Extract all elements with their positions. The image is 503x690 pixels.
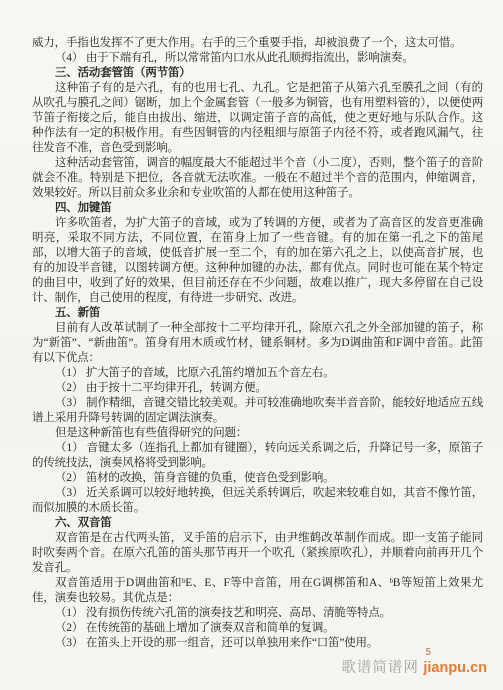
footer-watermark: 5 歌谱简谱网 jianpu.cn <box>341 656 487 680</box>
double-tone-advantage-2: （2） 在传统笛的基础上增加了演奏双音和简单的复调。 <box>32 621 483 636</box>
paragraph-keyed-flute-desc: 许多吹笛者，为扩大笛子的音域，或为了转调的方便，或者为了高音区的发音更准确明亮，… <box>32 216 483 306</box>
page-number: 5 <box>425 647 431 658</box>
problem-item-2: （2） 笛材的改换，笛身音键的负重，使音色受到影响。 <box>32 471 483 486</box>
watermark-site-name: 歌谱简谱网 <box>341 660 419 676</box>
text-column: 威力，手指也发挥不了更大作用。右手的三个重要手指，却被浪费了一个，这太可惜。 （… <box>32 36 483 651</box>
double-tone-advantage-1: （1） 没有损伤传统六孔笛的演奏技艺和明亮、高昂、清脆等特点。 <box>32 606 483 621</box>
paragraph-tuning-range: 这种活动套管笛，调音的幅度最大不能超过半个音（小二度），否则，整个笛子的音阶就会… <box>32 156 483 201</box>
watermark-domain: jianpu.cn <box>423 660 487 676</box>
paragraph-sleeve-flute-desc: 这种笛子有的是六孔，有的也用七孔、九孔。它是把笛子从第六孔至膜孔之间（有的从吹孔… <box>32 81 483 156</box>
numbered-item-4-thumb-hole: （4） 由于下端有孔，所以常常笛内口水从此孔顺拇指流出，影响演奏。 <box>32 51 483 66</box>
advantage-item-3: （3） 制作精细，音键交错比较美观。并可较准确地吹奏半音音阶，能较好地适应五线谱… <box>32 396 483 426</box>
advantage-item-2: （2） 由于按十二平均律开孔，转调方便。 <box>32 381 483 396</box>
paragraph-double-tone-desc: 双音笛是在古代两头笛，叉手笛的启示下，由尹维鹤改革制作而成。即一支笛子能同时吹奏… <box>32 531 483 576</box>
paragraph-problems-intro: 但是这种新笛也有些值得研究的问题： <box>32 426 483 441</box>
section-heading-keyed-flute: 四、加键笛 <box>32 201 483 216</box>
continued-paragraph: 威力，手指也发挥不了更大作用。右手的三个重要手指，却被浪费了一个，这太可惜。 <box>32 36 483 51</box>
paragraph-double-tone-keys: 双音笛适用于D调曲笛和ᵇE、E、F等中音笛，用在G调梆笛和A、ᵇB等短笛上效果尤… <box>32 576 483 606</box>
advantage-item-1: （1） 扩大笛子的音域，比原六孔笛约增加五个音左右。 <box>32 366 483 381</box>
double-tone-advantage-3: （3） 在笛头上开设的那一组音，还可以单独用来作“口笛”使用。 <box>32 636 483 651</box>
section-heading-sleeve-flute: 三、活动套管笛（两节笛） <box>32 66 483 81</box>
problem-item-3: （3） 近关系调可以较好地转换，但远关系转调后，吹起来较难自如，其音不像竹笛，而… <box>32 486 483 516</box>
section-heading-double-tone-flute: 六、双音笛 <box>32 516 483 531</box>
paragraph-new-flute-desc: 目前有人改革试制了一种全部按十二平均律开孔，除原六孔之外全部加键的笛子，称为“新… <box>32 321 483 366</box>
section-heading-new-flute: 五、新笛 <box>32 306 483 321</box>
scanned-book-page: 威力，手指也发挥不了更大作用。右手的三个重要手指，却被浪费了一个，这太可惜。 （… <box>0 0 503 690</box>
problem-item-1: （1） 音键太多（连指孔上都加有键圈），转向远关系调之后，升降记号一多，原笛子的… <box>32 441 483 471</box>
